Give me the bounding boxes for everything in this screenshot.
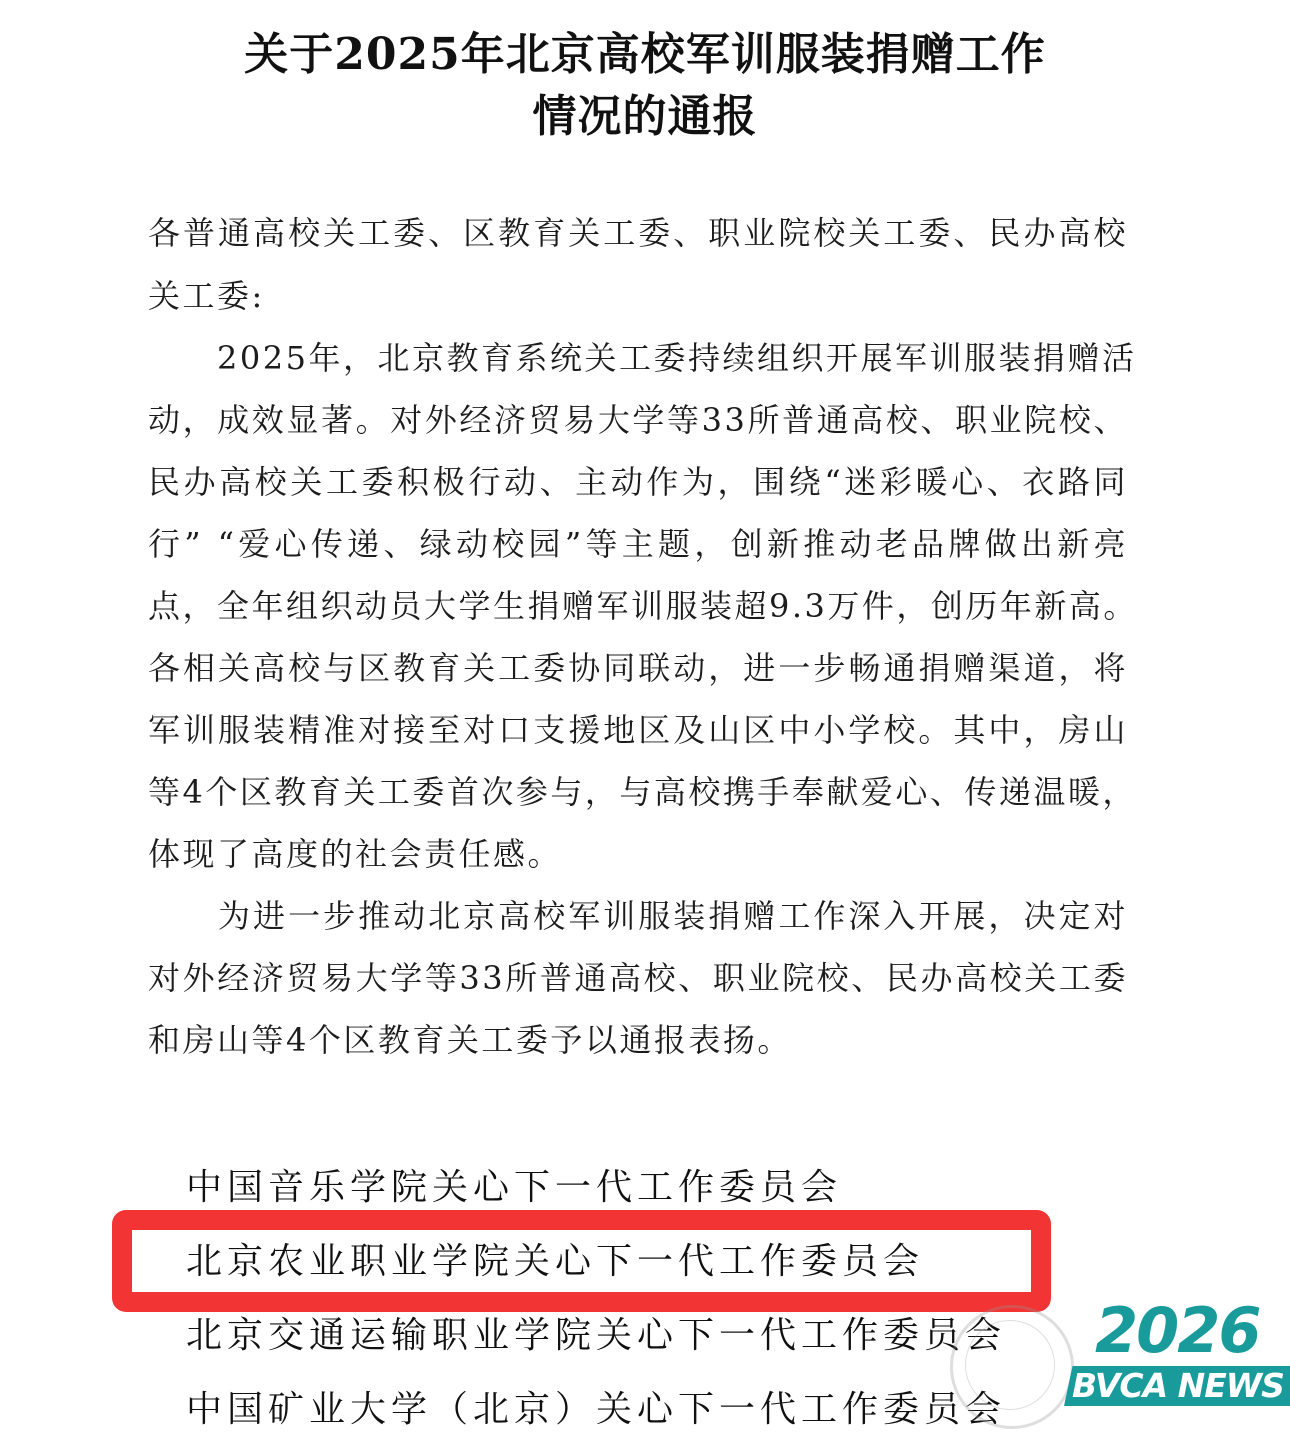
paragraph-line: 对外经济贸易大学等33所普通高校、职业院校、民办高校关工委	[148, 958, 1128, 998]
organization-name: 北京交通运输职业学院关心下一代工作委员会	[186, 1314, 1006, 1358]
organization-name: 中国音乐学院关心下一代工作委员会	[186, 1166, 842, 1210]
watermark-brand: BVCA NEWS	[1072, 1366, 1284, 1406]
paragraph-line: 2025年，北京教育系统关工委持续组织开展军训服装捐赠活	[148, 338, 1128, 378]
paragraph-line: 动，成效显著。对外经济贸易大学等33所普通高校、职业院校、	[148, 400, 1128, 440]
paragraph-line: 行” “爱心传递、绿动校园”等主题，创新推动老品牌做出新亮	[148, 524, 1128, 564]
paragraph-line: 和房山等4个区教育关工委予以通报表扬。	[148, 1020, 1128, 1060]
watermark-year: 2026	[1095, 1296, 1260, 1366]
salutation-line: 各普通高校关工委、区教育关工委、职业院校关工委、民办高校	[148, 213, 1128, 253]
document-title-line-1: 关于2025年北京高校军训服装捐赠工作	[0, 18, 1290, 82]
paragraph-line: 民办高校关工委积极行动、主动作为，围绕“迷彩暖心、衣路同	[148, 462, 1128, 502]
paragraph-line: 点，全年组织动员大学生捐赠军训服装超9.3万件，创历年新高。	[148, 586, 1128, 626]
paragraph-line: 各相关高校与区教育关工委协同联动，进一步畅通捐赠渠道，将	[148, 648, 1128, 688]
paragraph-line: 为进一步推动北京高校军训服装捐赠工作深入开展，决定对	[148, 896, 1128, 936]
official-seal-stamp	[950, 1305, 1074, 1429]
organization-name: 中国矿业大学（北京）关心下一代工作委员会	[186, 1388, 1006, 1432]
red-highlight-box	[112, 1210, 1051, 1312]
document-title-line-2: 情况的通报	[0, 80, 1290, 144]
paragraph-line: 体现了高度的社会责任感。	[148, 834, 1128, 874]
salutation-line: 关工委:	[148, 276, 1128, 316]
paragraph-line: 等4个区教育关工委首次参与，与高校携手奉献爱心、传递温暖，	[148, 772, 1128, 812]
paragraph-line: 军训服装精准对接至对口支援地区及山区中小学校。其中，房山	[148, 710, 1128, 750]
